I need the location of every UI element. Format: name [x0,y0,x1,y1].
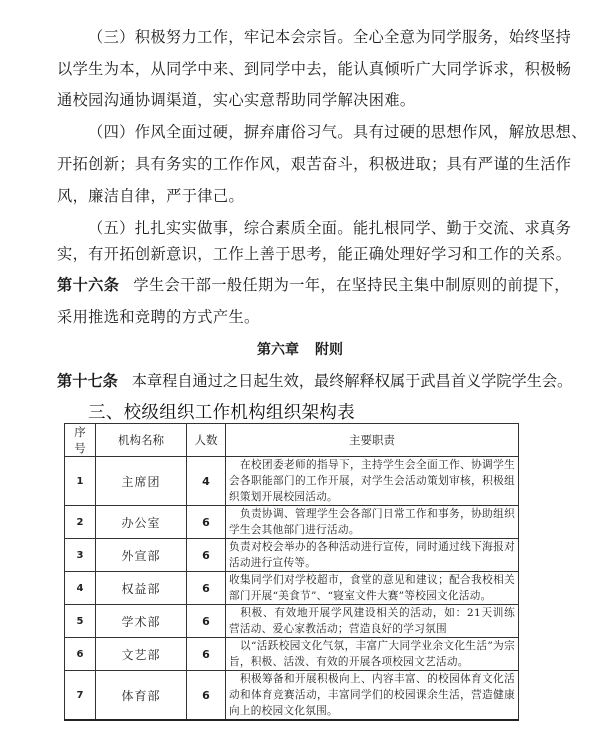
row-count: 6 [187,572,226,605]
table-row: 2 办公室 6 负责协调、管理学生会各部门日常工作和事务，协助组织学生会其他部门… [65,506,519,539]
row-count: 6 [187,506,226,539]
paragraph-3-line-3: 通校园沟通协调渠道，实心实意帮助同学解决困难。 [57,90,527,110]
row-duty: 以“活跃校园文化气氛，丰富广大同学业余文化生活”为宗旨，积极、活泼、有效的开展各… [226,638,519,671]
table-header-row: 序号 机构名称 人数 主要职责 [65,424,519,457]
article-17-label: 第十七条 [57,372,118,390]
row-count: 4 [187,457,226,506]
header-name: 机构名称 [96,424,187,457]
article-16-text: 学生会干部一般任期为一年，在坚持民主集中制原则的前提下， [133,276,569,294]
row-no: 2 [65,506,96,539]
chapter-heading: 第六章附则 [0,340,600,360]
chapter-title: 附则 [315,342,343,358]
paragraph-4-line-2: 开拓创新；具有务实的工作作风，艰苦奋斗，积极进取；具有严谨的生活作 [57,154,527,174]
article-16-line-1: 第十六条学生会干部一般任期为一年，在坚持民主集中制原则的前提下， [57,275,527,295]
row-no: 7 [65,671,96,721]
row-duty: 在校团委老师的指导下，主持学生会全面工作、协调学生会各职能部门的工作开展，对学生… [226,457,519,506]
org-structure-table: 序号 机构名称 人数 主要职责 1 主席团 4 在校团委老师的指导下，主持学生会… [64,423,519,721]
paragraph-3-line-2: 以学生为本，从同学中来、到同学中去，能认真倾听广大同学诉求，积极畅 [57,59,527,79]
row-name: 文艺部 [96,638,187,671]
table-row: 6 文艺部 6 以“活跃校园文化气氛，丰富广大同学业余文化生活”为宗旨，积极、活… [65,638,519,671]
row-name: 体育部 [96,671,187,721]
row-name: 外宣部 [96,539,187,572]
row-duty: 收集同学们对学校超市，食堂的意见和建议；配合我校相关部门开展“美食节”、“寝室文… [226,572,519,605]
section-title: 三、校级组织工作机构组织架构表 [88,401,355,425]
header-duty: 主要职责 [226,424,519,457]
paragraph-5-line-2: 实，有开拓创新意识，工作上善于思考，能正确处理好学习和工作的关系。 [57,244,527,264]
row-count: 6 [187,671,226,721]
article-17-text: 本章程自通过之日起生效，最终解释权属于武昌首义学院学生会。 [132,372,572,390]
row-no: 5 [65,605,96,638]
article-17: 第十七条本章程自通过之日起生效，最终解释权属于武昌首义学院学生会。 [57,371,527,391]
chapter-number: 第六章 [257,342,299,358]
row-duty: 积极筹备和开展积极向上、内容丰富、的校园体育文化活动和体育竞赛活动，丰富同学们的… [226,671,519,721]
row-count: 6 [187,638,226,671]
table-row: 7 体育部 6 积极筹备和开展积极向上、内容丰富、的校园体育文化活动和体育竞赛活… [65,671,519,721]
row-name: 办公室 [96,506,187,539]
row-no: 4 [65,572,96,605]
document-page: （三）积极努力工作，牢记本会宗旨。全心全意为同学服务，始终坚持 以学生为本，从同… [0,0,600,745]
row-count: 6 [187,605,226,638]
header-no: 序号 [65,424,96,457]
row-duty: 积极、有效地开展学风建设相关的活动，如：21天训练营活动、爱心家教活动；营造良好… [226,605,519,638]
article-16-line-2: 采用推选和竞聘的方式产生。 [57,307,527,327]
table-row: 3 外宣部 6 负责对校会举办的各种活动进行宣传，同时通过线下海报对活动进行宣传… [65,539,519,572]
paragraph-4-line-1: （四）作风全面过硬，摒弃庸俗习气。具有过硬的思想作风，解放思想、 [88,122,528,142]
row-no: 6 [65,638,96,671]
table-row: 4 权益部 6 收集同学们对学校超市，食堂的意见和建议；配合我校相关部门开展“美… [65,572,519,605]
row-name: 主席团 [96,457,187,506]
row-duty: 负责对校会举办的各种活动进行宣传，同时通过线下海报对活动进行宣传等。 [226,539,519,572]
row-duty: 负责协调、管理学生会各部门日常工作和事务，协助组织学生会其他部门进行活动。 [226,506,519,539]
paragraph-3-line-1: （三）积极努力工作，牢记本会宗旨。全心全意为同学服务，始终坚持 [88,27,528,47]
row-no: 1 [65,457,96,506]
header-count: 人数 [187,424,226,457]
table-row: 5 学术部 6 积极、有效地开展学风建设相关的活动，如：21天训练营活动、爱心家… [65,605,519,638]
table-row: 1 主席团 4 在校团委老师的指导下，主持学生会全面工作、协调学生会各职能部门的… [65,457,519,506]
paragraph-5-line-1: （五）扎扎实实做事，综合素质全面。能扎根同学、勤于交流、求真务 [88,218,528,238]
row-name: 权益部 [96,572,187,605]
row-no: 3 [65,539,96,572]
paragraph-4-line-3: 风，廉洁自律，严于律己。 [57,186,527,206]
article-16-label: 第十六条 [57,276,119,294]
row-count: 6 [187,539,226,572]
row-name: 学术部 [96,605,187,638]
